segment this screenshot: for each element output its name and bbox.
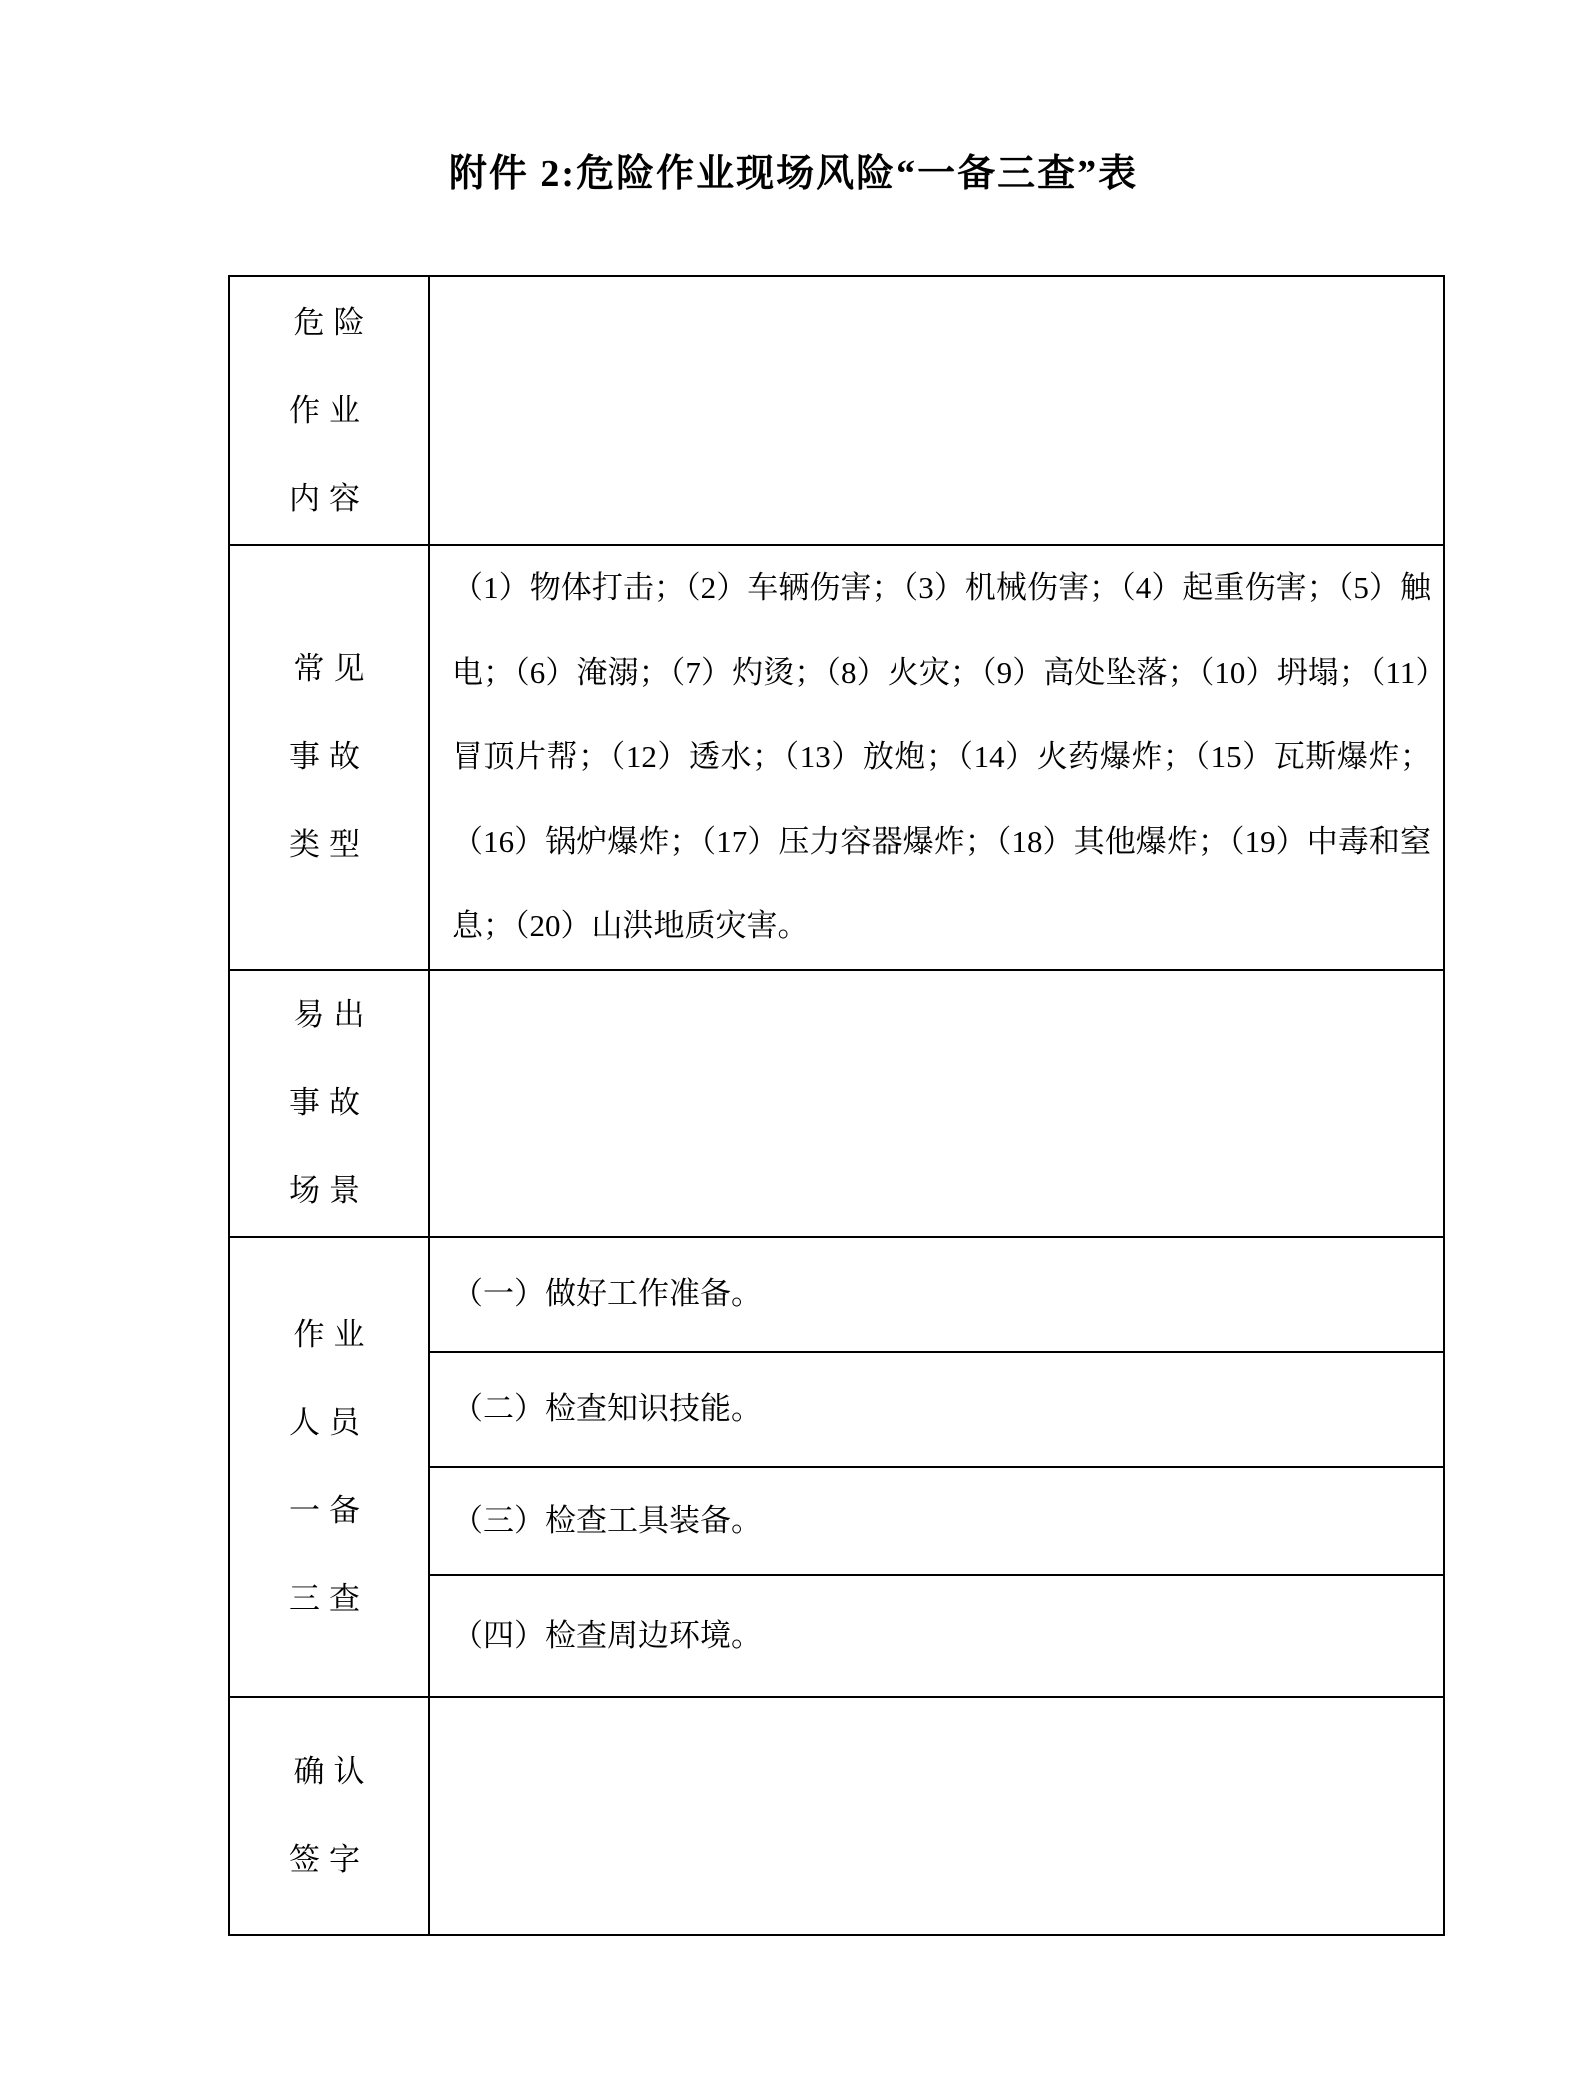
row-header-common-accident-types: 常见 事故 类型 — [229, 545, 429, 970]
cell-check-step-4: （四）检查周边环境。 — [429, 1575, 1444, 1697]
cell-check-step-2: （二）检查知识技能。 — [429, 1352, 1444, 1467]
row-header-accident-prone-scenarios: 易出 事故 场景 — [229, 970, 429, 1237]
table-row: 易出 事故 场景 — [229, 970, 1444, 1237]
cell-hazard-work-content — [429, 276, 1444, 545]
row-header-worker-one-prep-three-checks: 作业 人员 一备 三查 — [229, 1237, 429, 1697]
table-row: 常见 事故 类型 （1）物体打击；（2）车辆伤害；（3）机械伤害；（4）起重伤害… — [229, 545, 1444, 970]
table-row: 危险 作业 内容 — [229, 276, 1444, 545]
cell-common-accident-types: （1）物体打击；（2）车辆伤害；（3）机械伤害；（4）起重伤害；（5）触电；（6… — [429, 545, 1444, 970]
row-header-hazard-work-content: 危险 作业 内容 — [229, 276, 429, 545]
row-header-confirmation-signature: 确认 签字 — [229, 1697, 429, 1935]
cell-accident-prone-scenarios — [429, 970, 1444, 1237]
cell-confirmation-signature — [429, 1697, 1444, 1935]
document-title: 附件 2:危险作业现场风险“一备三查”表 — [0, 142, 1587, 197]
cell-check-step-1: （一）做好工作准备。 — [429, 1237, 1444, 1352]
table-row: 确认 签字 — [229, 1697, 1444, 1935]
risk-check-table: 危险 作业 内容 常见 事故 类型 （1）物体打击；（2）车辆伤害；（3）机械伤… — [228, 275, 1445, 1936]
cell-check-step-3: （三）检查工具装备。 — [429, 1467, 1444, 1575]
table-row: 作业 人员 一备 三查 （一）做好工作准备。 — [229, 1237, 1444, 1352]
